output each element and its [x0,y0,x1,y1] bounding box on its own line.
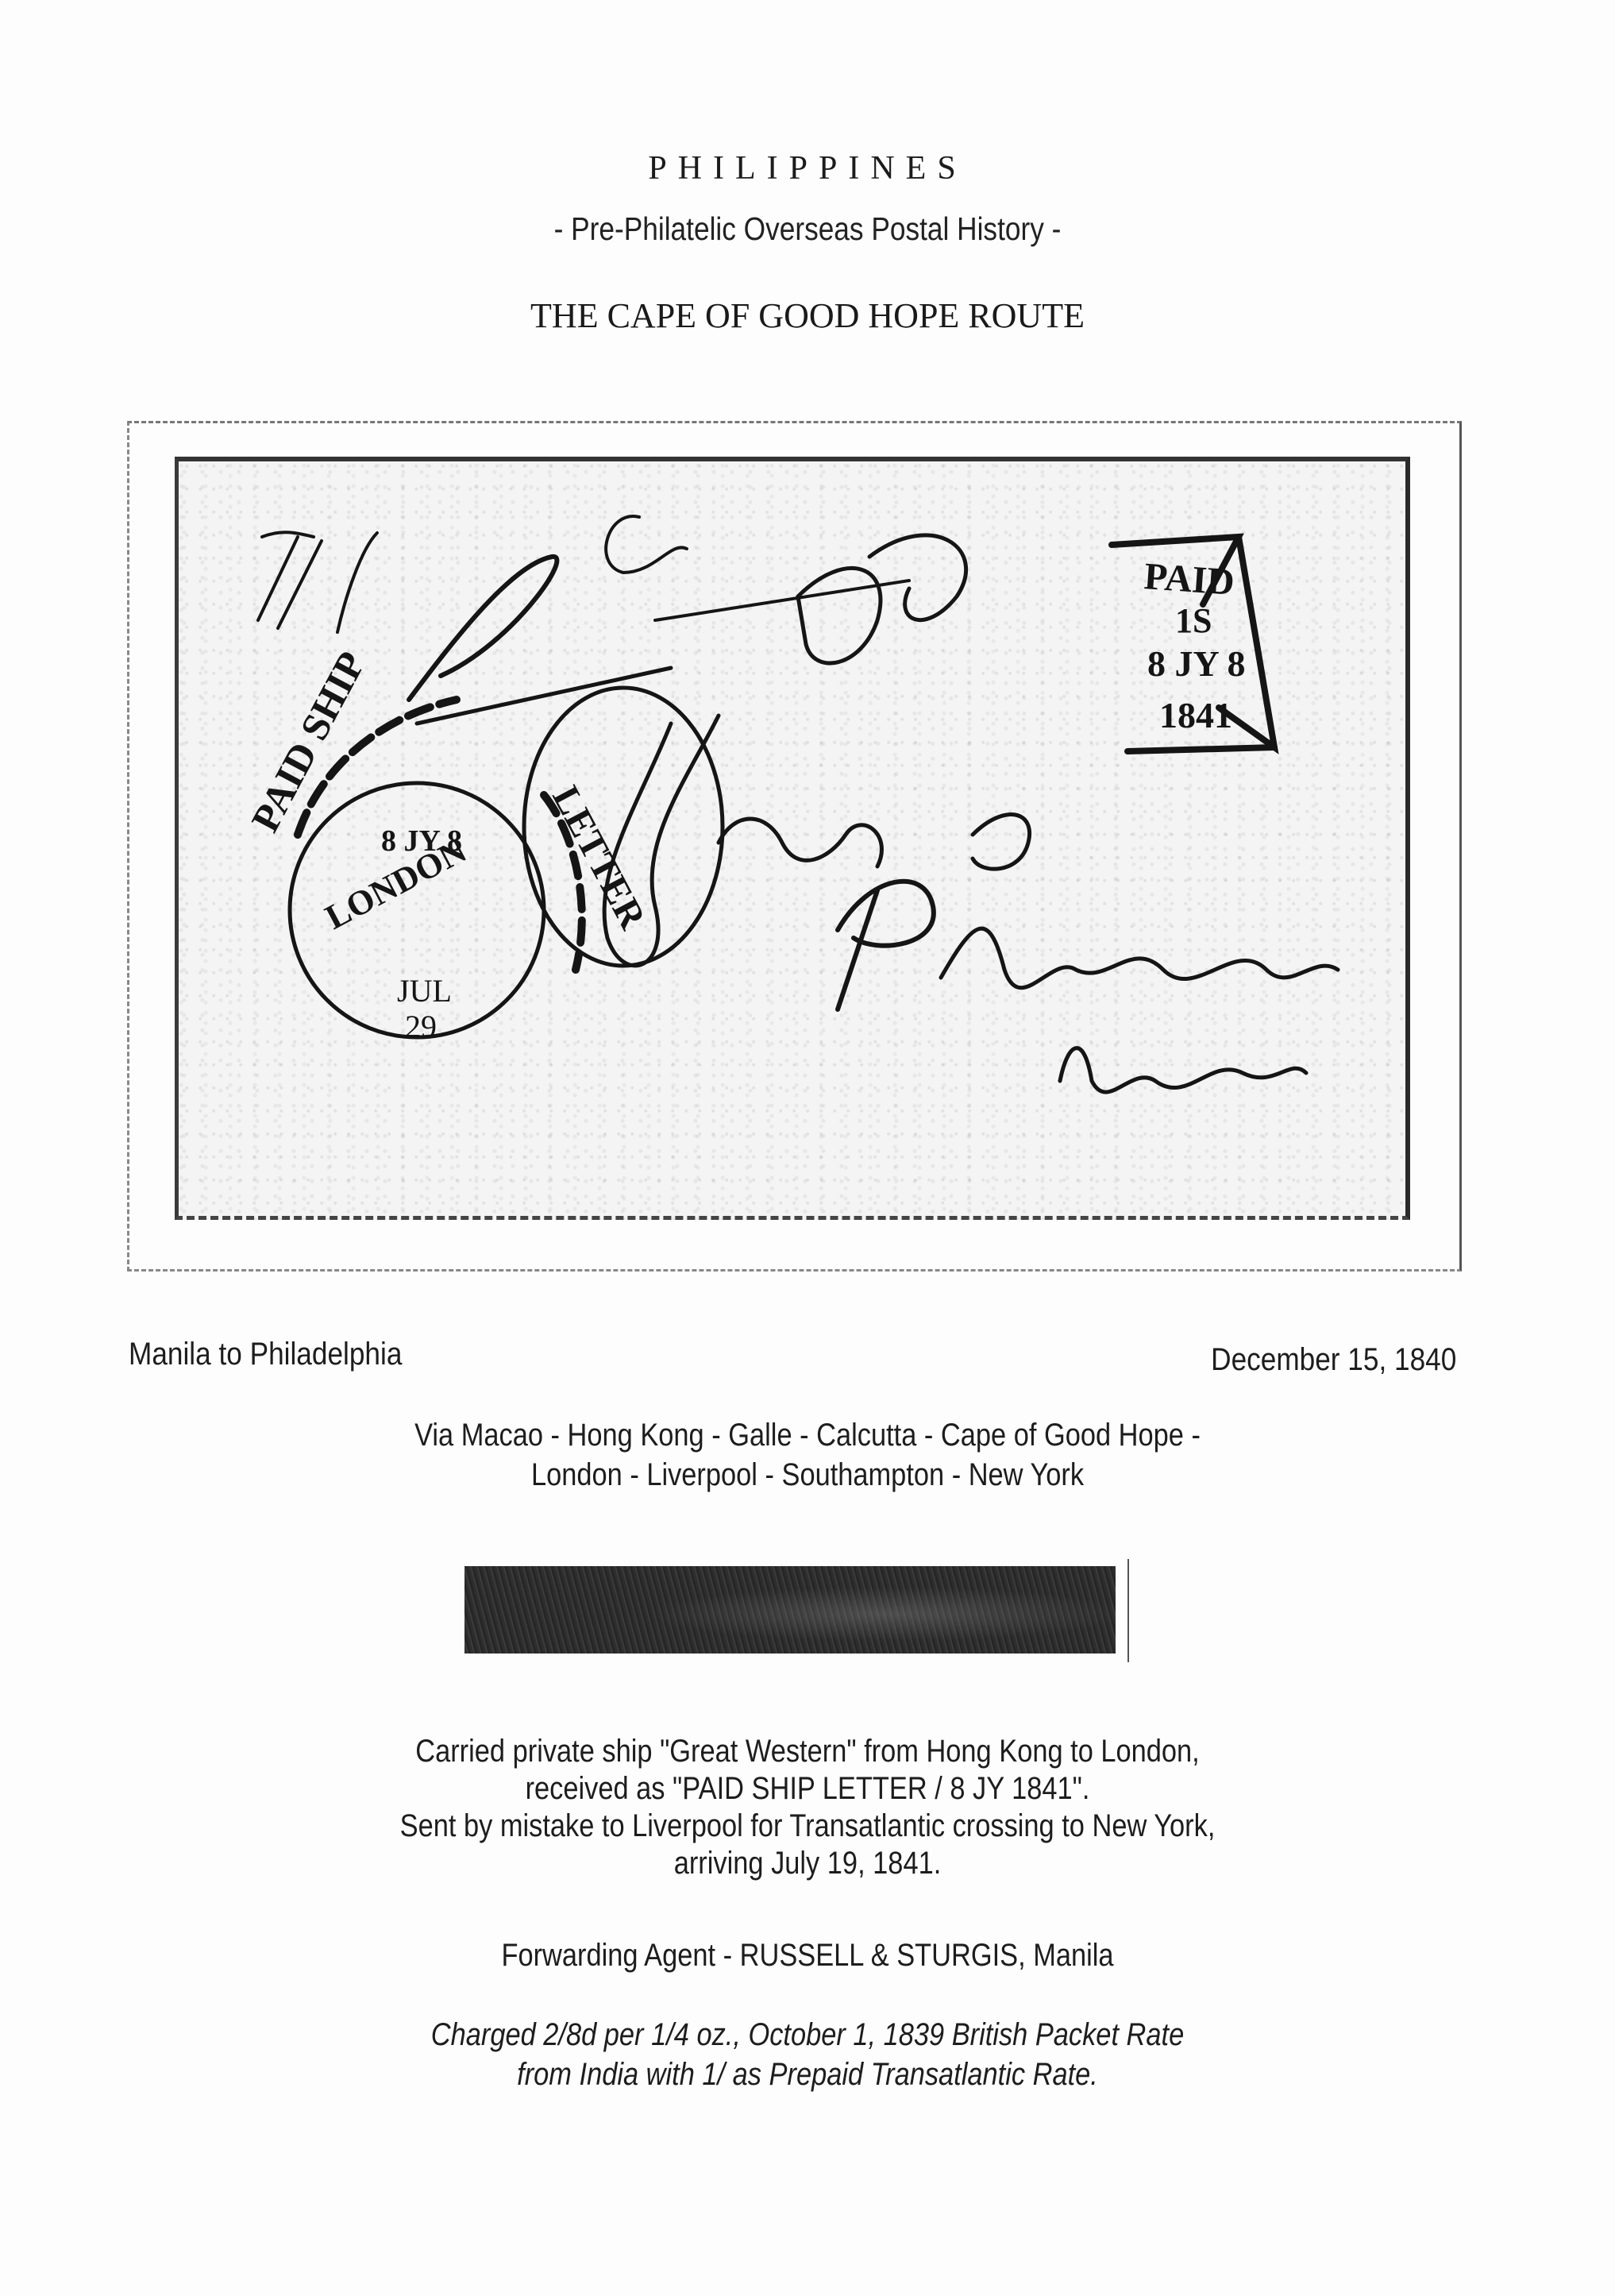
via-route-line-2: London - Liverpool - Southampton - New Y… [113,1457,1501,1493]
description-line-1: Carried private ship "Great Western" fro… [113,1734,1501,1769]
rate-note-line-1: Charged 2/8d per 1/4 oz., October 1, 183… [113,2017,1501,2053]
description-line-4: arriving July 19, 1841. [113,1846,1501,1881]
cover-date: December 15, 1840 [1211,1342,1456,1378]
cover-photocopy: PAID 1S 8 JY 8 1841 LONDON 8 JY 8 JUL 29… [127,421,1457,1267]
cover-envelope: PAID 1S 8 JY 8 1841 LONDON 8 JY 8 JUL 29… [175,457,1410,1220]
svg-text:PAID: PAID [1143,555,1235,604]
svg-text:29: 29 [405,1009,437,1044]
route-from-to: Manila to Philadelphia [129,1337,402,1372]
reverse-strip-image [464,1566,1116,1654]
description-line-2: received as "PAID SHIP LETTER / 8 JY 184… [113,1771,1501,1807]
cover-handwriting-illustration: PAID 1S 8 JY 8 1841 LONDON 8 JY 8 JUL 29… [179,461,1405,1216]
rate-note-line-2: from India with 1/ as Prepaid Transatlan… [113,2057,1501,2093]
country-heading: PHILIPPINES [0,149,1615,187]
via-route-line-1: Via Macao - Hong Kong - Galle - Calcutta… [113,1418,1501,1453]
exhibit-subtitle: - Pre-Philatelic Overseas Postal History… [113,210,1501,248]
svg-text:JUL: JUL [397,973,452,1009]
forwarding-agent: Forwarding Agent - RUSSELL & STURGIS, Ma… [113,1938,1501,1974]
svg-text:8 JY 8: 8 JY 8 [381,824,462,858]
svg-text:1S: 1S [1175,601,1212,640]
description-line-3: Sent by mistake to Liverpool for Transat… [113,1808,1501,1844]
exhibit-page: PHILIPPINES - Pre-Philatelic Overseas Po… [0,0,1615,2296]
svg-text:8 JY 8: 8 JY 8 [1147,643,1246,684]
route-title: THE CAPE OF GOOD HOPE ROUTE [0,295,1615,336]
svg-text:1841: 1841 [1159,695,1232,735]
